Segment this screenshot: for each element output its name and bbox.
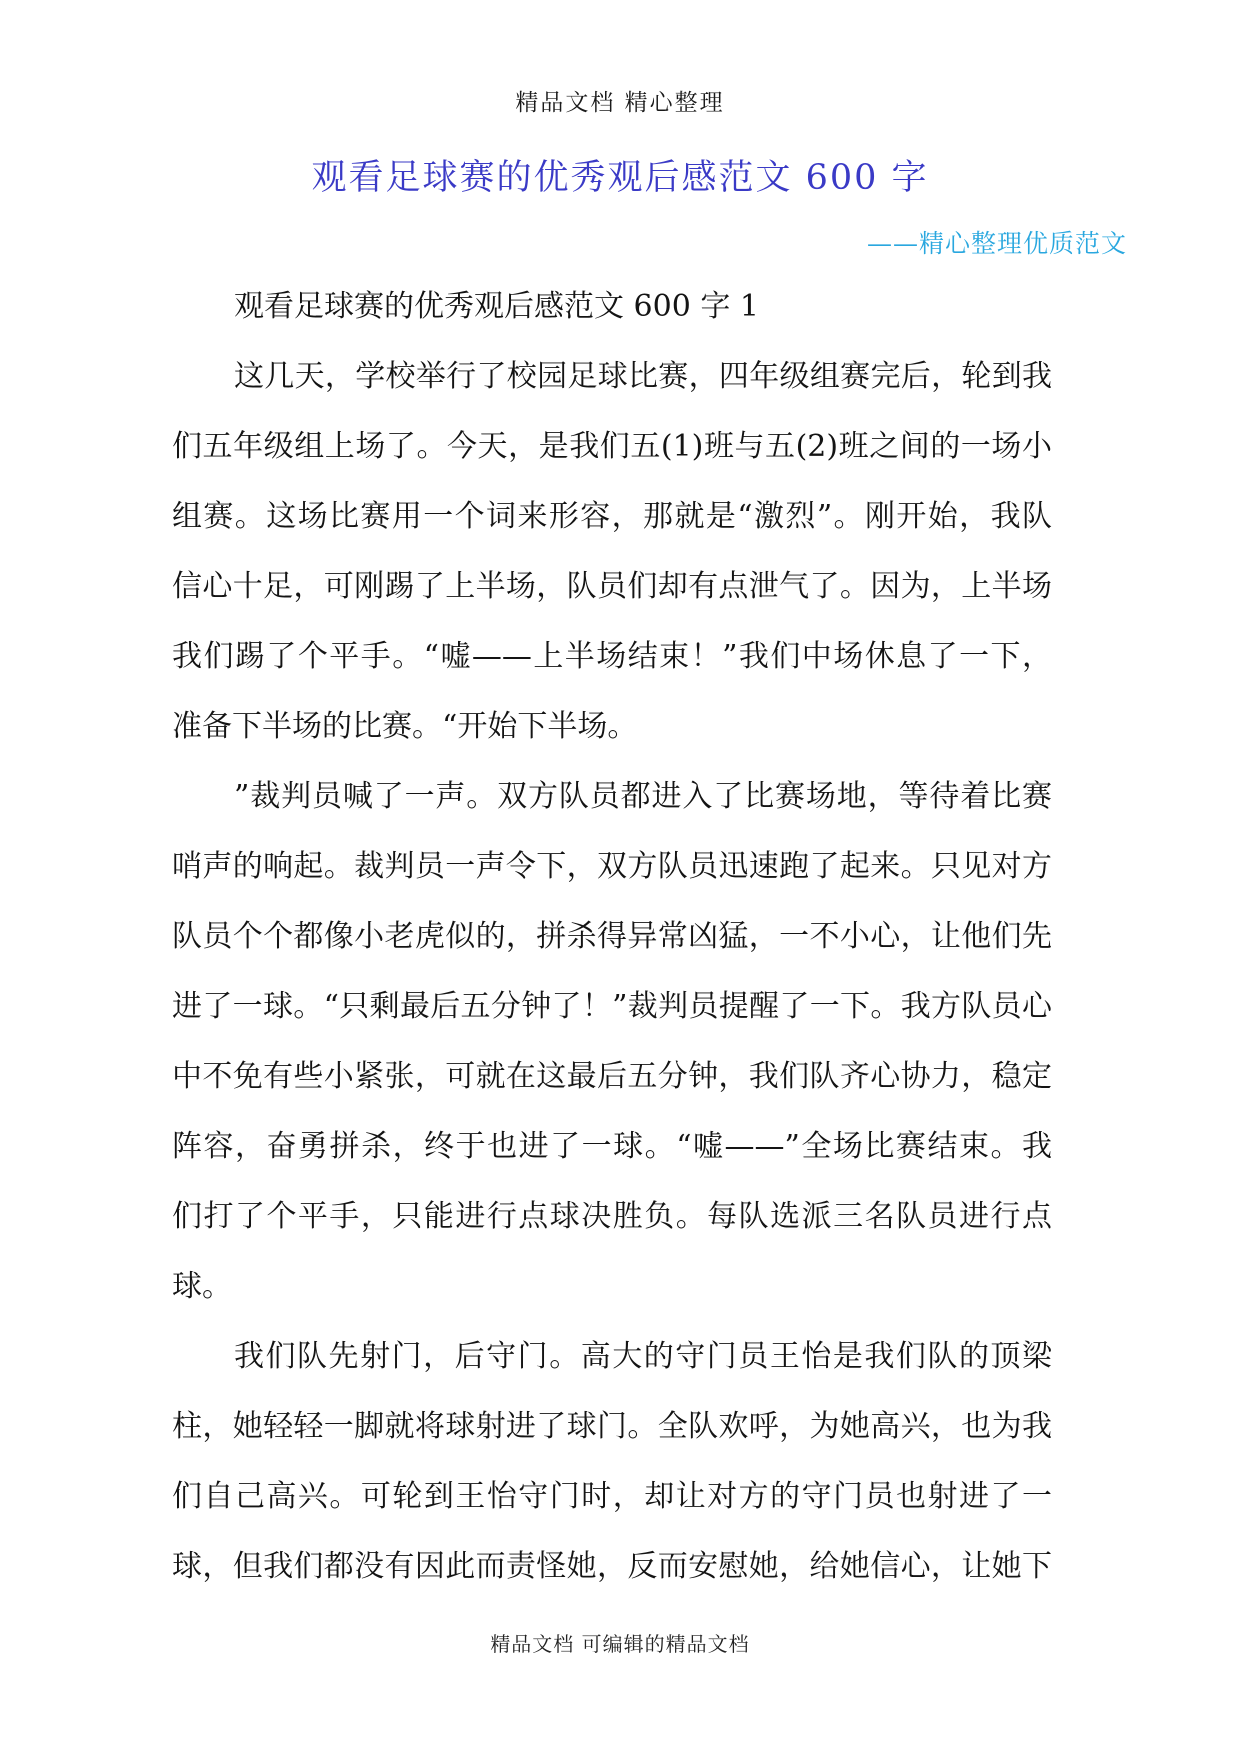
body-line: ”裁判员喊了一声。双方队员都进入了比赛场地，等待着比赛 (172, 762, 1052, 832)
body-line: 哨声的响起。裁判员一声令下，双方队员迅速跑了起来。只见对方 (172, 832, 1052, 902)
header-text: 精品文档 精心整理 (0, 84, 1240, 117)
body-line: 进了一球。“只剩最后五分钟了！”裁判员提醒了一下。我方队员心 (172, 972, 1052, 1042)
document-title: 观看足球赛的优秀观后感范文 600 字 (0, 150, 1240, 200)
body-line: 队员个个都像小老虎似的，拼杀得异常凶猛，一不小心，让他们先 (172, 902, 1052, 972)
body-line: 球。 (172, 1252, 1052, 1322)
body-line: 信心十足，可刚踢了上半场，队员们却有点泄气了。因为，上半场 (172, 552, 1052, 622)
body-line: 们自己高兴。可轮到王怡守门时，却让对方的守门员也射进了一 (172, 1462, 1052, 1532)
document-body: 观看足球赛的优秀观后感范文 600 字 1这几天，学校举行了校园足球比赛，四年级… (172, 272, 1052, 1602)
body-line: 柱，她轻轻一脚就将球射进了球门。全队欢呼，为她高兴，也为我 (172, 1392, 1052, 1462)
body-line: 阵容，奋勇拼杀，终于也进了一球。“嘘——”全场比赛结束。我 (172, 1112, 1052, 1182)
body-line: 我们队先射门，后守门。高大的守门员王怡是我们队的顶梁 (172, 1322, 1052, 1392)
footer-text: 精品文档 可编辑的精品文档 (0, 1628, 1240, 1657)
body-line: 准备下半场的比赛。“开始下半场。 (172, 692, 1052, 762)
document-page: 精品文档 精心整理 观看足球赛的优秀观后感范文 600 字 ——精心整理优质范文… (0, 0, 1240, 1753)
body-line: 这几天，学校举行了校园足球比赛，四年级组赛完后，轮到我 (172, 342, 1052, 412)
body-line: 们五年级组上场了。今天，是我们五(1)班与五(2)班之间的一场小 (172, 412, 1052, 482)
body-line: 观看足球赛的优秀观后感范文 600 字 1 (172, 272, 1052, 342)
body-line: 中不免有些小紧张，可就在这最后五分钟，我们队齐心协力，稳定 (172, 1042, 1052, 1112)
body-line: 们打了个平手，只能进行点球决胜负。每队选派三名队员进行点 (172, 1182, 1052, 1252)
body-line: 我们踢了个平手。“嘘——上半场结束！”我们中场休息了一下， (172, 622, 1052, 692)
body-line: 组赛。这场比赛用一个词来形容，那就是“激烈”。刚开始，我队 (172, 482, 1052, 552)
subtitle-text: ——精心整理优质范文 (0, 224, 1127, 260)
body-line: 球，但我们都没有因此而责怪她，反而安慰她，给她信心，让她下 (172, 1532, 1052, 1602)
